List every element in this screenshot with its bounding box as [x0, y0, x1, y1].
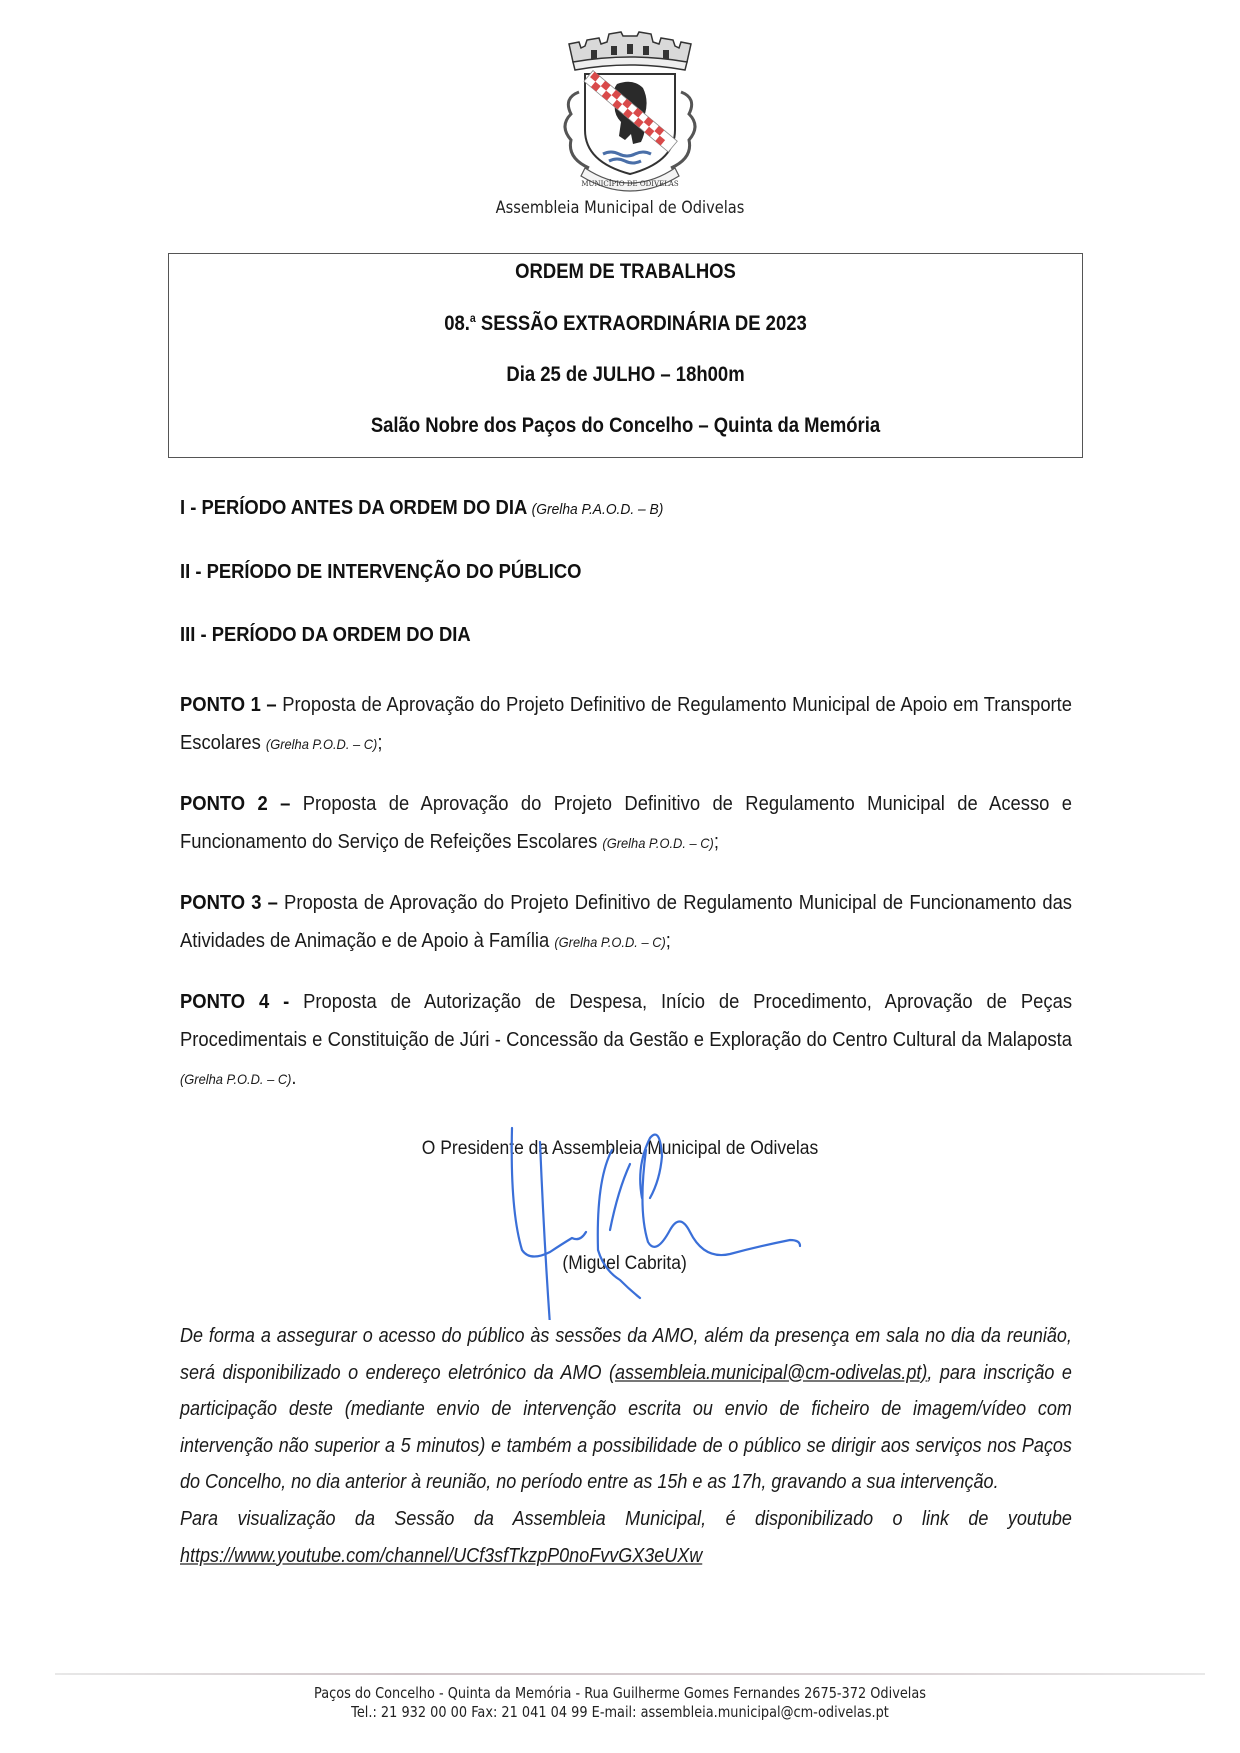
session-date-time: Dia 25 de JULHO – 18h00m: [224, 363, 1027, 387]
youtube-channel-link[interactable]: https://www.youtube.com/channel/UCf3sfTk…: [180, 1545, 702, 1567]
organization-name: Assembleia Municipal de Odivelas: [87, 198, 1153, 218]
agenda-title-box: ORDEM DE TRABALHOS 08.a SESSÃO EXTRAORDI…: [168, 253, 1083, 458]
section-heading-pre-agenda: I - PERÍODO ANTES DA ORDEM DO DIA (Grelh…: [180, 497, 663, 520]
footer-divider: [55, 1673, 1205, 1675]
agenda-item: PONTO 1 – Proposta de Aprovação do Proje…: [180, 686, 1072, 763]
agenda-item: PONTO 4 - Proposta de Autorização de Des…: [180, 983, 1072, 1098]
footer-contacts: Tel.: 21 932 00 00 Fax: 21 041 04 99 E-m…: [87, 1703, 1153, 1721]
svg-text:MUNICÍPIO DE ODIVELAS: MUNICÍPIO DE ODIVELAS: [581, 179, 678, 188]
document-title: ORDEM DE TRABALHOS: [224, 260, 1027, 284]
municipal-coat-of-arms-icon: MUNICÍPIO DE ODIVELAS: [555, 22, 705, 194]
session-venue: Salão Nobre dos Paços do Concelho – Quin…: [224, 414, 1027, 438]
footer-address: Paços do Concelho - Quinta da Memória - …: [87, 1684, 1153, 1702]
section-heading-agenda: III - PERÍODO DA ORDEM DO DIA: [180, 624, 471, 647]
agenda-item: PONTO 3 – Proposta de Aprovação do Proje…: [180, 884, 1072, 961]
session-title: 08.a SESSÃO EXTRAORDINÁRIA DE 2023: [224, 311, 1027, 336]
section-heading-public-intervention: II - PERÍODO DE INTERVENÇÃO DO PÚBLICO: [180, 561, 581, 584]
amo-email-link[interactable]: assembleia.municipal@cm-odivelas.pt): [615, 1362, 927, 1384]
public-access-notice: De forma a assegurar o acesso do público…: [180, 1318, 1072, 1574]
agenda-item: PONTO 2 – Proposta de Aprovação do Proje…: [180, 785, 1072, 862]
handwritten-signature-icon: [500, 1120, 820, 1320]
